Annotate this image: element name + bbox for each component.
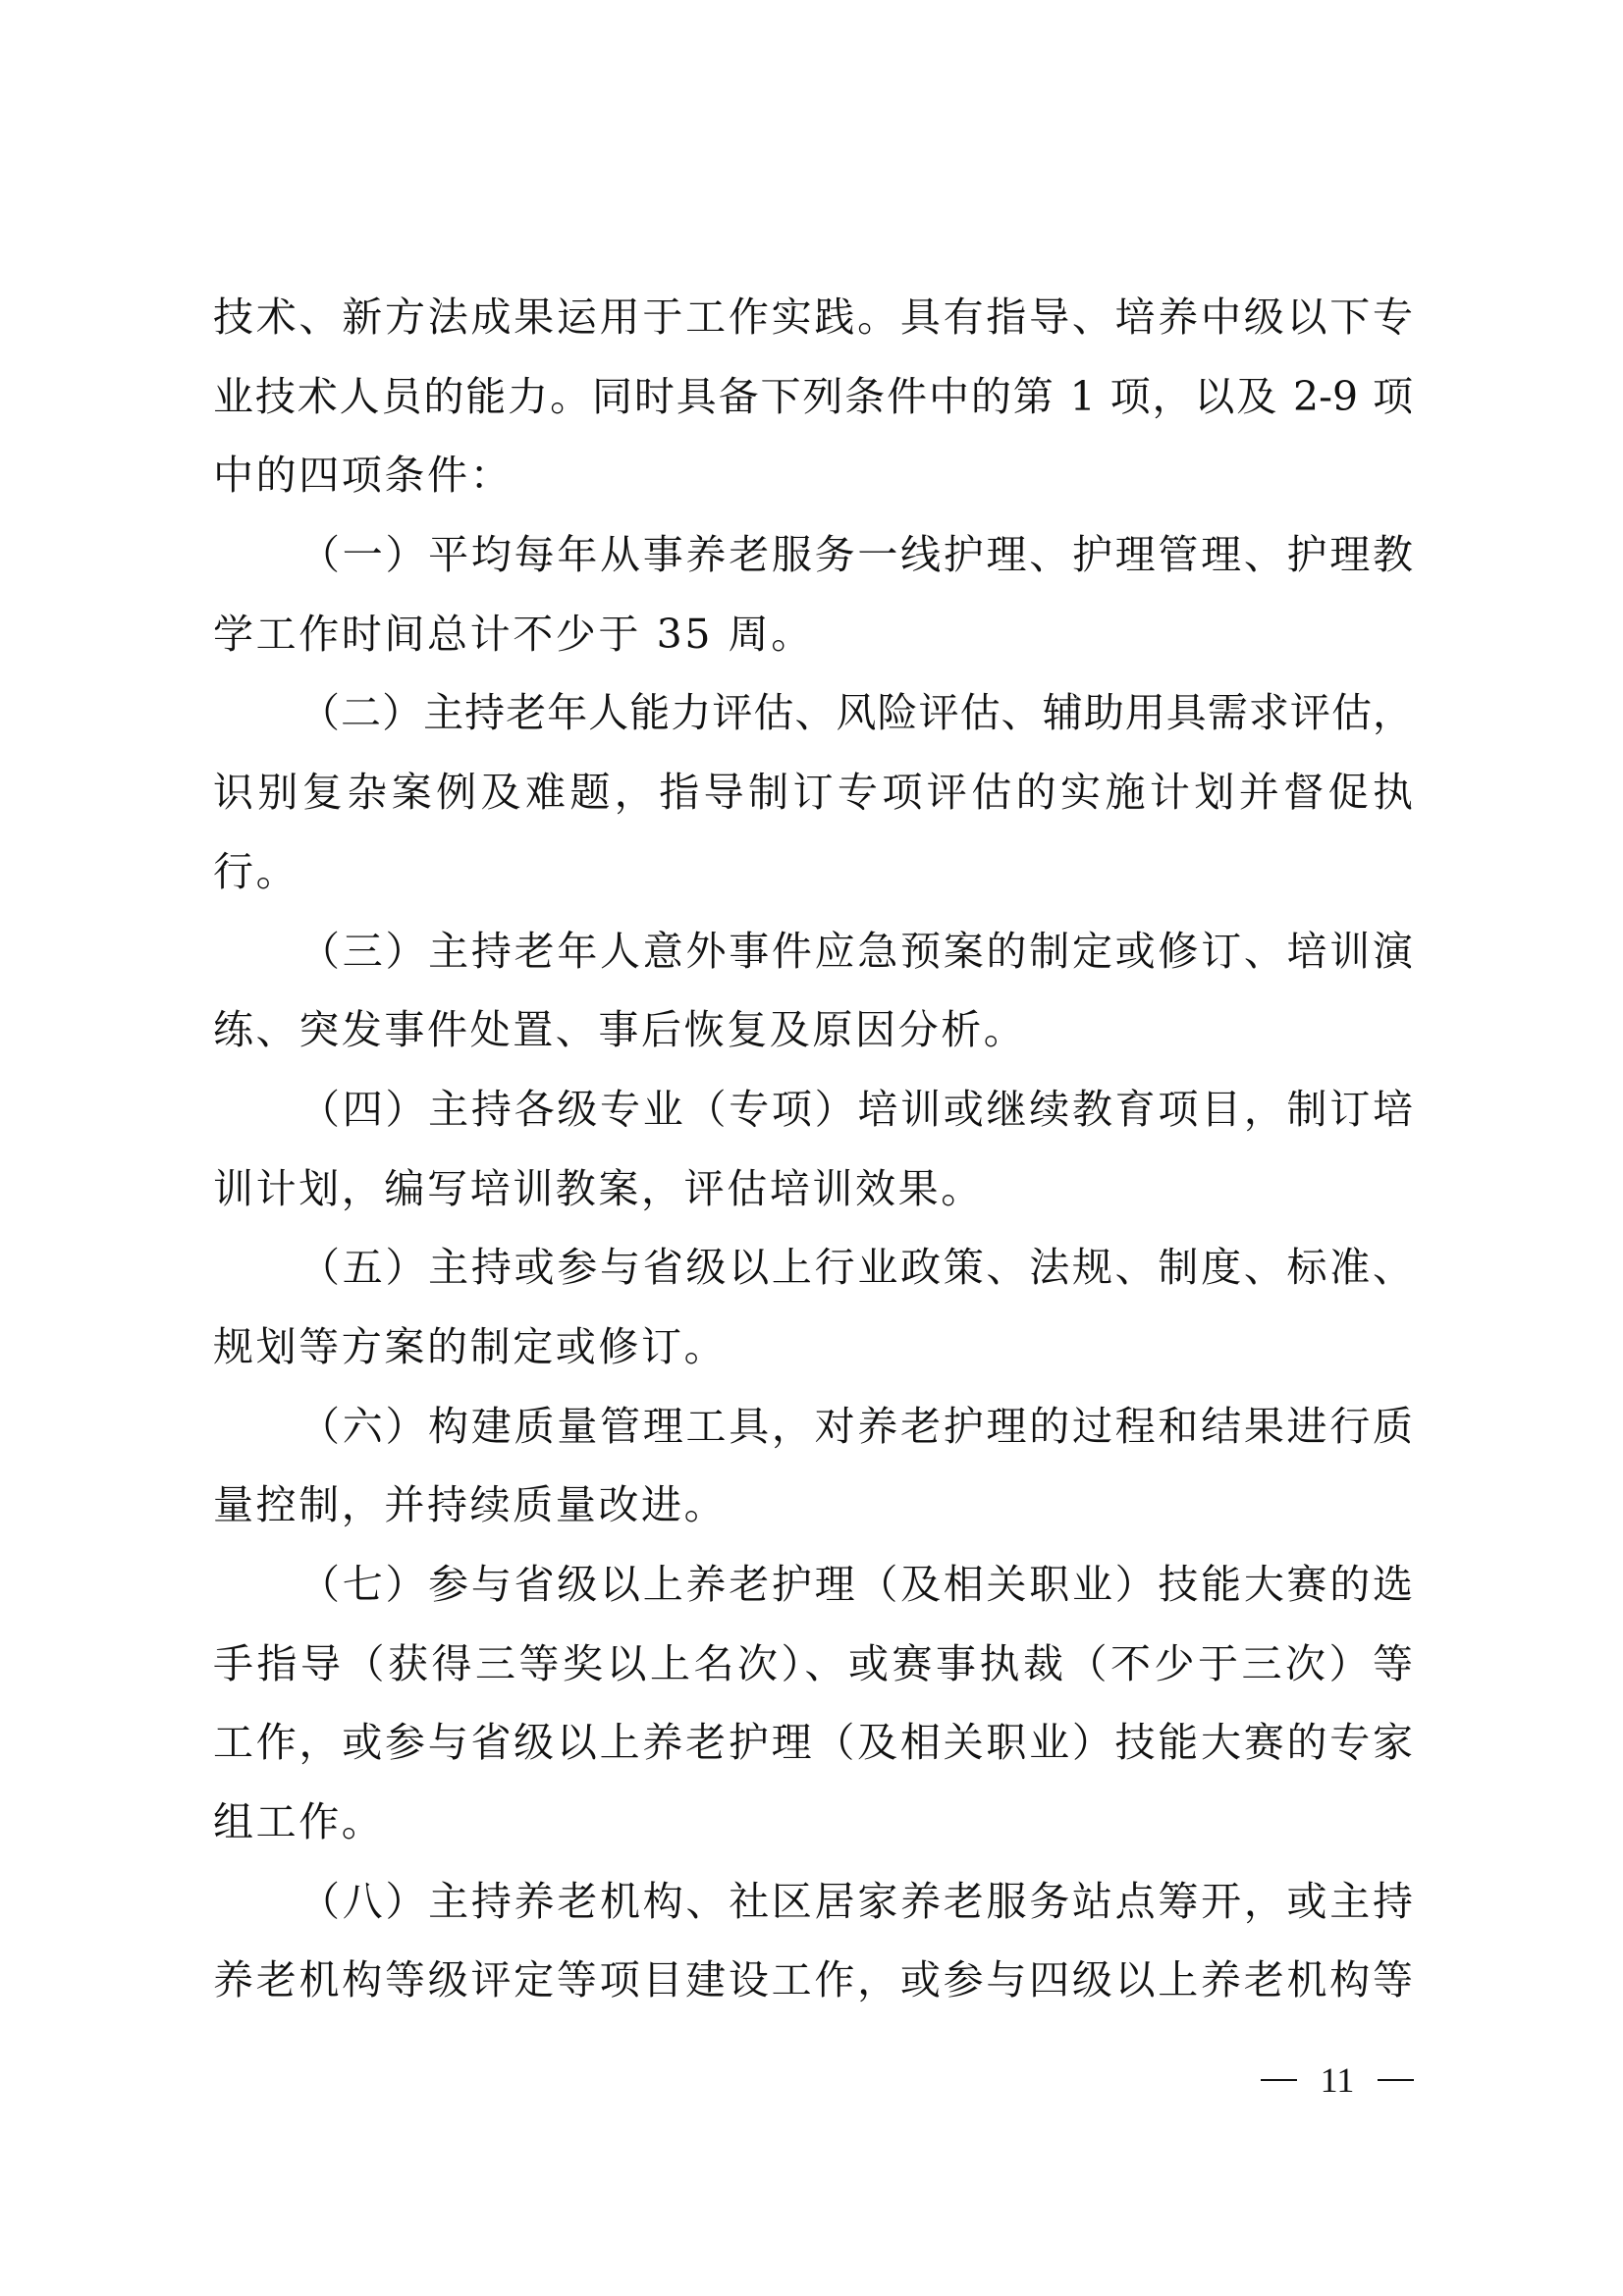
text-line: 业技术人员的能力。同时具备下列条件中的第 1 项，以及 2-9 项 — [213, 357, 1413, 437]
paragraph-item-4: （四）主持各级专业（专项）培训或继续教育项目，制订培 训计划，编写培训教案，评估… — [213, 1070, 1413, 1228]
paragraph-item-7: （七）参与省级以上养老护理（及相关职业）技能大赛的选 手指导（获得三等奖以上名次… — [213, 1545, 1413, 1862]
paragraph-intro-continuation: 技术、新方法成果运用于工作实践。具有指导、培养中级以下专 业技术人员的能力。同时… — [213, 278, 1413, 515]
text-line: 学工作时间总计不少于 35 周。 — [213, 595, 1413, 674]
text-line: （二）主持老年人能力评估、风险评估、辅助用具需求评估， — [213, 673, 1413, 753]
page-number: 11 — [1261, 2058, 1414, 2102]
text-line: 规划等方案的制定或修订。 — [213, 1308, 1413, 1387]
text-line: （四）主持各级专业（专项）培训或继续教育项目，制订培 — [213, 1070, 1413, 1149]
text-line: （三）主持老年人意外事件应急预案的制定或修订、培训演 — [213, 912, 1413, 991]
text-line: 养老机构等级评定等项目建设工作，或参与四级以上养老机构等 — [213, 1941, 1413, 2020]
page-number-left-dash — [1261, 2079, 1297, 2081]
page-number-value: 11 — [1321, 2059, 1355, 2101]
text-line: 识别复杂案例及难题，指导制订专项评估的实施计划并督促执 — [213, 753, 1413, 832]
text-line: 行。 — [213, 832, 1413, 912]
text-line: 量控制，并持续质量改进。 — [213, 1466, 1413, 1545]
text-line: （七）参与省级以上养老护理（及相关职业）技能大赛的选 — [213, 1545, 1413, 1625]
paragraph-item-6: （六）构建质量管理工具，对养老护理的过程和结果进行质 量控制，并持续质量改进。 — [213, 1387, 1413, 1545]
body-text: 技术、新方法成果运用于工作实践。具有指导、培养中级以下专 业技术人员的能力。同时… — [213, 278, 1413, 2020]
text-line: （六）构建质量管理工具，对养老护理的过程和结果进行质 — [213, 1387, 1413, 1467]
paragraph-item-1: （一）平均每年从事养老服务一线护理、护理管理、护理教 学工作时间总计不少于 35… — [213, 515, 1413, 673]
text-line: 手指导（获得三等奖以上名次）、或赛事执裁（不少于三次）等 — [213, 1625, 1413, 1704]
text-line: （五）主持或参与省级以上行业政策、法规、制度、标准、 — [213, 1228, 1413, 1308]
page-number-right-dash — [1378, 2079, 1414, 2081]
paragraph-item-2: （二）主持老年人能力评估、风险评估、辅助用具需求评估， 识别复杂案例及难题，指导… — [213, 673, 1413, 911]
paragraph-item-5: （五）主持或参与省级以上行业政策、法规、制度、标准、 规划等方案的制定或修订。 — [213, 1228, 1413, 1386]
text-line: 技术、新方法成果运用于工作实践。具有指导、培养中级以下专 — [213, 278, 1413, 357]
document-page: 技术、新方法成果运用于工作实践。具有指导、培养中级以下专 业技术人员的能力。同时… — [0, 0, 1623, 2296]
text-line: 训计划，编写培训教案，评估培训效果。 — [213, 1149, 1413, 1229]
text-line: 练、突发事件处置、事后恢复及原因分析。 — [213, 990, 1413, 1070]
text-line: （八）主持养老机构、社区居家养老服务站点筹开，或主持 — [213, 1862, 1413, 1942]
text-line: 中的四项条件： — [213, 436, 1413, 515]
paragraph-item-3: （三）主持老年人意外事件应急预案的制定或修订、培训演 练、突发事件处置、事后恢复… — [213, 912, 1413, 1070]
paragraph-item-8: （八）主持养老机构、社区居家养老服务站点筹开，或主持 养老机构等级评定等项目建设… — [213, 1862, 1413, 2020]
text-line: （一）平均每年从事养老服务一线护理、护理管理、护理教 — [213, 515, 1413, 595]
text-line: 组工作。 — [213, 1783, 1413, 1862]
text-line: 工作，或参与省级以上养老护理（及相关职业）技能大赛的专家 — [213, 1703, 1413, 1783]
